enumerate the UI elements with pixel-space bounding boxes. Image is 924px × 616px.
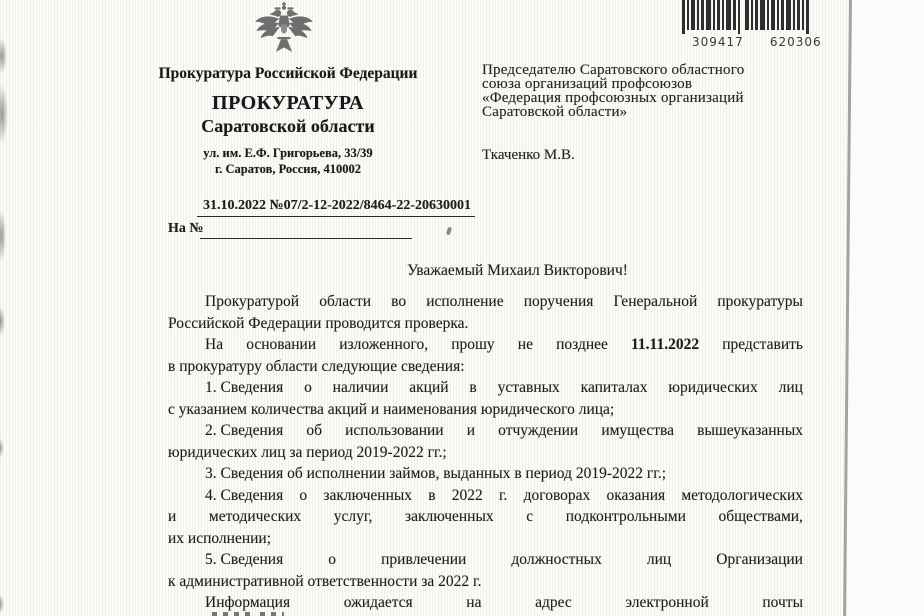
body-line: их исполнении;: [168, 528, 803, 550]
body-line: в прокуратуру области следующие сведения…: [168, 356, 803, 378]
scan-smudge: [0, 38, 7, 74]
addressee-line: союза организаций профсоюзов: [482, 77, 812, 91]
document-barcode: 309417 620306: [682, 0, 812, 49]
scan-speck: [446, 227, 452, 236]
scanned-letter-page: 309417 620306: [0, 0, 924, 616]
body-line: иметодическихуслуг,заключенныхсподконтро…: [168, 506, 803, 528]
reply-to-blank-underline: [200, 224, 412, 239]
body-line: 2. Сведенияобиспользованиииотчуждениииму…: [205, 420, 803, 442]
salutation: Уважаемый Михаил Викторович!: [200, 262, 835, 280]
letter-number: №07/2-12-2022/8464-22-20630001: [270, 198, 472, 213]
body-line: Информацияожидаетсянаадресэлектроннойпоч…: [205, 592, 803, 614]
barcode-number-right: 620306: [770, 35, 822, 49]
scan-smudge: [0, 438, 4, 458]
body-line: 1. Сведенияоналичииакцийвуставныхкапитал…: [205, 377, 803, 399]
scan-smudge: [0, 594, 4, 614]
letterhead-org-region: Саратовской области: [150, 115, 426, 137]
letter-date: 31.10.2022: [203, 198, 266, 213]
scan-smudge: [0, 306, 5, 336]
cutoff-text-fragment: [260, 612, 284, 616]
body-line: к административной ответственности за 20…: [168, 571, 803, 593]
body-line: 4. Сведенияозаключенныхв2022г.договорахо…: [205, 485, 803, 507]
addressee-line: Саратовской области»: [482, 105, 812, 119]
letterhead-federation-line: Прокуратура Российской Федерации: [150, 64, 426, 83]
outgoing-reference-line: 31.10.2022 №07/2-12-2022/8464-22-2063000…: [197, 198, 475, 217]
body-line: Наоснованииизложенного,прошунепозднее11.…: [205, 334, 803, 356]
body-line: юридических лиц за период 2019-2022 гг.;: [168, 442, 803, 464]
scan-smudge: [0, 84, 8, 144]
russia-coat-of-arms-icon: [250, 2, 318, 64]
body-lines: Прокуратуройобластивоисполнениепоручения…: [168, 291, 803, 614]
barcode-number-left: 309417: [692, 35, 744, 49]
scan-margin-strip: [849, 0, 924, 616]
reply-to-label: На №: [168, 221, 203, 237]
letterhead-address-line1: ул. им. Е.Ф. Григорьева, 33/39: [150, 146, 426, 161]
letterhead: Прокуратура Российской Федерации ПРОКУРА…: [150, 64, 426, 177]
body-line: Российской Федерации проводится проверка…: [168, 313, 803, 335]
addressee-line: «Федерация профсоюзных организаций: [482, 91, 812, 105]
body-line: Прокуратуройобластивоисполнениепоручения…: [205, 291, 803, 313]
addressee-line: Председателю Саратовского областного: [482, 63, 812, 77]
letterhead-org-name: ПРОКУРАТУРА: [150, 91, 426, 115]
body-line: с указанием количества акций и наименова…: [168, 399, 803, 421]
addressee-name: Ткаченко М.В.: [482, 147, 575, 164]
letterhead-address-line2: г. Саратов, Россия, 410002: [150, 162, 426, 177]
body-line: 5. СведенияопривлечениидолжностныхлицОрг…: [205, 549, 803, 571]
addressee-lines: Председателю Саратовского областногосоюз…: [482, 63, 812, 119]
body-line: 3. Сведения об исполнении займов, выданн…: [205, 463, 803, 485]
cutoff-text-fragment: [212, 612, 254, 616]
barcode-bars-icon: [682, 0, 810, 34]
barcode-numbers: 309417 620306: [682, 35, 812, 49]
scan-smudge: [0, 210, 6, 262]
